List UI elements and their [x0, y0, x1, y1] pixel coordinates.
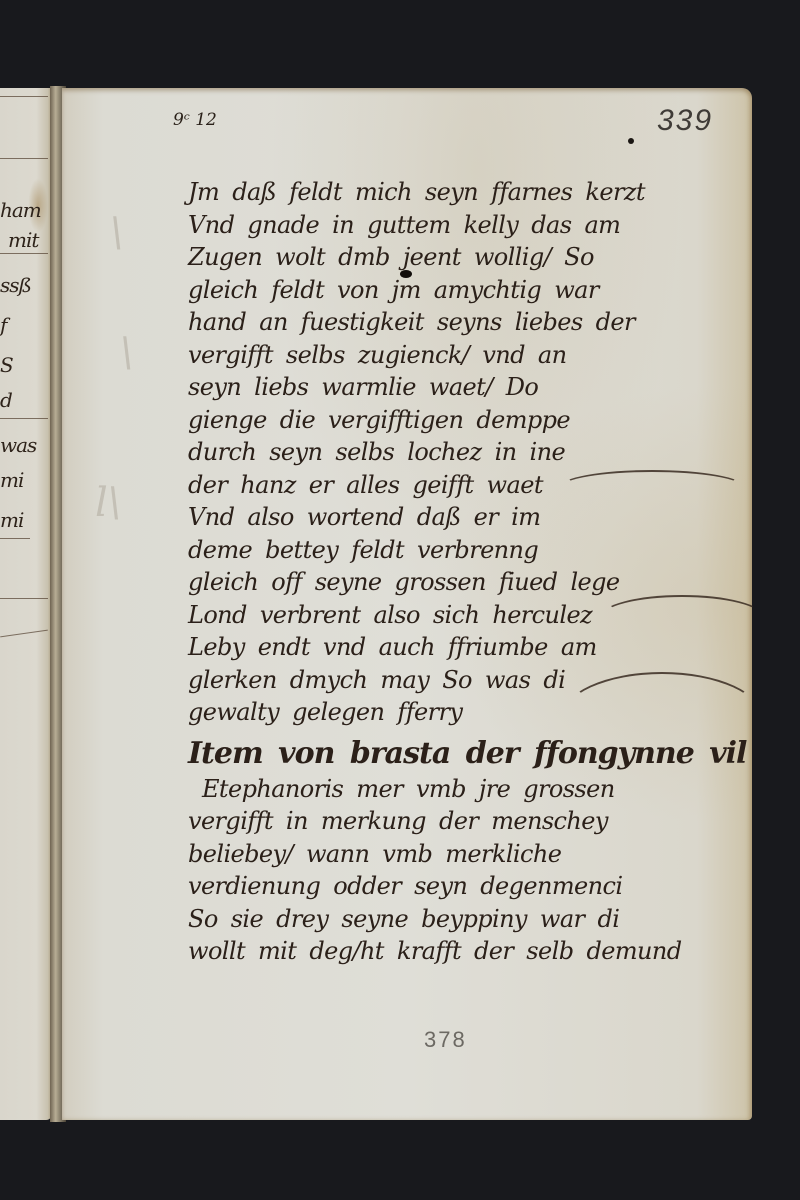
text-line: hand an fuestigkeit seyns liebes der [188, 306, 748, 339]
folio-number: 339 [657, 104, 713, 138]
verso-fragment: mi [0, 468, 23, 492]
text-line: durch seyn selbs lochez in ine [188, 436, 748, 469]
verso-fragment: mit [8, 228, 38, 252]
text-line: verdienung odder seyn degenmenci [188, 870, 748, 903]
text-line: gleich off seyne grossen fiued lege [188, 566, 748, 599]
text-line: Vnd also wortend daß er im [188, 501, 748, 534]
pen-flourish [560, 672, 764, 766]
left-facing-page: ham mit ssß f S d was mi mi [0, 88, 52, 1120]
ink-dot [628, 138, 634, 144]
verso-fragment: d [0, 388, 12, 412]
text-line: gleich feldt von jm amychtig war [188, 274, 748, 307]
pencil-page-number: 378 [424, 1027, 467, 1053]
shelfmark-note: 9ᶜ 12 [173, 110, 217, 130]
text-line: So sie drey seyne beyppiny war di [188, 903, 748, 936]
ruling-line [0, 630, 48, 638]
scan-background: ham mit ssß f S d was mi mi \ \ l\ 9ᶜ 12… [0, 0, 800, 1200]
ruling-line [0, 96, 48, 97]
pen-flourish [560, 470, 744, 504]
text-line: Etephanoris mer vmb jre grossen [188, 773, 748, 806]
ruling-line [0, 158, 48, 159]
text-line: Vnd gnade in guttem kelly das am [188, 209, 748, 242]
text-line: Zugen wolt dmb jeent wollig/ So [188, 241, 748, 274]
text-line: beliebey/ wann vmb merkliche [188, 838, 748, 871]
text-line: vergifft selbs zugienck/ vnd an [188, 339, 748, 372]
bleed-through: \ [110, 210, 123, 256]
text-line: wollt mit deg/ht krafft der selb demund [188, 935, 748, 968]
ruling-line [0, 598, 48, 599]
ruling-line [0, 538, 30, 539]
ruling-line [0, 253, 48, 254]
bleed-through: l\ [95, 480, 121, 526]
bleed-through: \ [120, 330, 133, 376]
ruling-line [0, 418, 48, 419]
verso-fragment: ham [0, 198, 41, 222]
text-line: Jm daß feldt mich seyn ffarnes kerzt [188, 176, 748, 209]
text-line: vergifft in merkung der menschey [188, 805, 748, 838]
manuscript-text: Jm daß feldt mich seyn ffarnes kerzt Vnd… [188, 176, 748, 968]
verso-fragment: S [0, 353, 13, 377]
text-line: deme bettey feldt verbrenng [188, 534, 748, 567]
pen-flourish [600, 595, 764, 639]
verso-fragment: f [0, 313, 6, 337]
text-line: gienge die vergifftigen demppe [188, 404, 748, 437]
verso-fragment: mi [0, 508, 23, 532]
verso-fragment: was [0, 433, 36, 457]
text-line: seyn liebs warmlie waet/ Do [188, 371, 748, 404]
verso-fragment: ssß [0, 273, 31, 297]
